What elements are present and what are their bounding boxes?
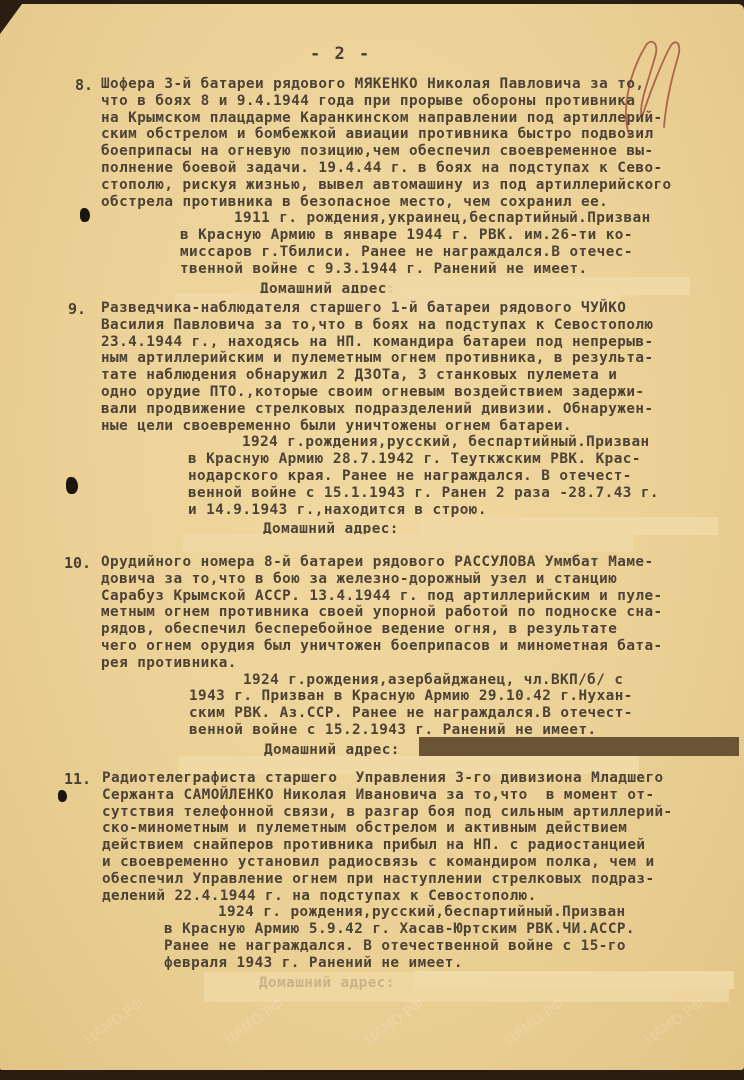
- text-line: на Крымском плацдарме Каранкинском напра…: [101, 110, 744, 127]
- torn-corner: [0, 4, 22, 34]
- text-line: боеприпасы на огневую позицию,чем обеспе…: [101, 143, 744, 160]
- text-line: 1911 г. рождения,украинец,беспартийный.П…: [234, 210, 744, 227]
- text-line: ским РВК. Аз.ССР. Ранее не награждался.В…: [189, 705, 734, 722]
- text-line: февраля 1943 г. Ранений не имеет.: [164, 955, 734, 972]
- text-line: ным артиллерийским и пулеметным огнем пр…: [101, 350, 738, 367]
- entry-number: 8.: [75, 76, 93, 94]
- text-line: 23.4.1944 г., находясь на НП. командира …: [101, 334, 738, 351]
- watermark: ЦАМО.РФ: [222, 996, 287, 1048]
- entry-body: Радиотелеграфиста старшего Управления 3-…: [102, 770, 734, 904]
- text-line: Радиотелеграфиста старшего Управления 3-…: [102, 770, 734, 787]
- award-entry-10: 10. Орудийного номера 8-й батареи рядово…: [64, 554, 734, 756]
- document-page: - 2 - 8. Шофера 3-й батареи рядового МЯК…: [0, 4, 744, 1070]
- award-entry-9: 9. Разведчика-наблюдателя старшего 1-й б…: [68, 300, 738, 535]
- text-line: метным огнем противника своей упорной ра…: [101, 604, 734, 621]
- entry-number: 9.: [68, 300, 86, 318]
- text-line: миссаров г.Тбилиси. Ранее не награждался…: [180, 244, 744, 261]
- text-line: делений 22.4.1944 г. на подступах к Сево…: [102, 888, 734, 905]
- text-line: 1943 г. Призван в Красную Армию 29.10.42…: [189, 688, 734, 705]
- text-line: одно орудие ПТО.,которые своим огневым в…: [101, 384, 738, 401]
- text-line: и 14.9.1943 г.,находится в строю.: [188, 502, 738, 519]
- award-entry-8: 8. Шофера 3-й батареи рядового МЯКЕНКО Н…: [75, 76, 744, 295]
- entry-bio: 1911 г. рождения,украинец,беспартийный.П…: [180, 210, 744, 277]
- text-line: рея противника.: [101, 655, 734, 672]
- text-line: Ранее не награждался. В отечественной во…: [164, 938, 734, 955]
- entry-number: 10.: [64, 554, 91, 572]
- text-line: Сержанта САМОЙЛЕНКО Николая Ивановича за…: [102, 787, 734, 804]
- text-line: рядов, обеспечил бесперебойное ведение о…: [101, 621, 734, 638]
- entry-body: Шофера 3-й батареи рядового МЯКЕНКО Нико…: [101, 76, 744, 210]
- home-address-row: Домашний адрес:: [260, 278, 744, 295]
- text-line: вали продвижение стрелковых подразделени…: [101, 401, 738, 418]
- text-line: Шофера 3-й батареи рядового МЯКЕНКО Нико…: [101, 76, 744, 93]
- text-line: сутствия телефонной связи, в разгар боя …: [102, 804, 734, 821]
- text-line: Разведчика-наблюдателя старшего 1-й бата…: [101, 300, 738, 317]
- text-line: ско-минометным и пулеметным обстрелом и …: [102, 820, 734, 837]
- text-line: ные цели своевременно были уничтожены ог…: [101, 418, 738, 435]
- text-line: 1924 г.рождения,азербайджанец, чл.ВКП/б/…: [243, 672, 734, 689]
- redacted-address: [418, 517, 718, 535]
- entry-number: 11.: [64, 770, 91, 788]
- text-line: обеспечил Управление огнем при наступлен…: [102, 871, 734, 888]
- watermark: ЦАМО.РФ: [82, 996, 147, 1048]
- watermark: ЦАМО.РФ: [502, 996, 567, 1048]
- entry-bio: 1924 г.рождения,русский, беспартийный.Пр…: [188, 434, 738, 518]
- text-line: чего огнем орудия был уничтожен боеприпа…: [101, 638, 734, 655]
- text-line: в Красную Армию 5.9.42 г. Хасав-Юртским …: [164, 921, 734, 938]
- award-entry-11: 11. Радиотелеграфиста старшего Управлени…: [64, 770, 734, 989]
- text-line: полнение боевой задачи. 19.4.44 г. в боя…: [101, 160, 744, 177]
- text-line: действием снайперов противника прибыл на…: [102, 837, 734, 854]
- watermark: ЦАМО.РФ: [642, 996, 707, 1048]
- text-line: довича за то,что в бою за железно-дорожн…: [101, 571, 734, 588]
- redacted-address: [204, 972, 729, 1002]
- home-address-row: Домашний адрес:: [264, 739, 734, 756]
- home-address-row: Домашний адрес:: [263, 518, 738, 535]
- text-line: Василия Павловича за то,что в боях на по…: [101, 317, 738, 334]
- text-line: Орудийного номера 8-й батареи рядового Р…: [101, 554, 734, 571]
- redacted-address: [183, 534, 633, 552]
- page-number: - 2 -: [310, 44, 371, 64]
- text-line: твенной войне с 9.3.1944 г. Ранений не и…: [180, 261, 744, 278]
- text-line: что в боях 8 и 9.4.1944 года при прорыве…: [101, 93, 744, 110]
- redacted-address: [419, 737, 739, 756]
- entry-bio: 1924 г.рождения,азербайджанец, чл.ВКП/б/…: [189, 672, 734, 739]
- text-line: венной войне с 15.1.1943 г. Ранен 2 раза…: [188, 485, 738, 502]
- text-line: Сарабуз Крымской АССР. 13.4.1944 г. под …: [101, 588, 734, 605]
- text-line: нодарского края. Ранее не награждался. В…: [188, 468, 738, 485]
- text-line: тате наблюдения обнаружил 2 ДЗОТа, 3 ста…: [101, 367, 738, 384]
- entry-body: Разведчика-наблюдателя старшего 1-й бата…: [101, 300, 738, 434]
- entry-body: Орудийного номера 8-й батареи рядового Р…: [101, 554, 734, 672]
- text-line: в Красную Армию в январе 1944 г. РВК. им…: [180, 227, 744, 244]
- text-line: стополю, рискуя жизнью, вывел автомашину…: [101, 177, 744, 194]
- text-line: в Красную Армию 28.7.1942 г. Теуткжским …: [188, 451, 738, 468]
- watermark: ЦАМО.РФ: [362, 996, 427, 1048]
- text-line: обстрела противника в безопасное место, …: [101, 194, 744, 211]
- text-line: 1924 г. рождения,русский,беспартийный.Пр…: [218, 904, 734, 921]
- entry-bio: 1924 г. рождения,русский,беспартийный.Пр…: [164, 904, 734, 971]
- redacted-address: [390, 277, 690, 295]
- text-line: 1924 г.рождения,русский, беспартийный.Пр…: [242, 434, 738, 451]
- text-line: и своевременно установил радиосвязь с ко…: [102, 854, 734, 871]
- text-line: ским обстрелом и бомбежкой авиации проти…: [101, 126, 744, 143]
